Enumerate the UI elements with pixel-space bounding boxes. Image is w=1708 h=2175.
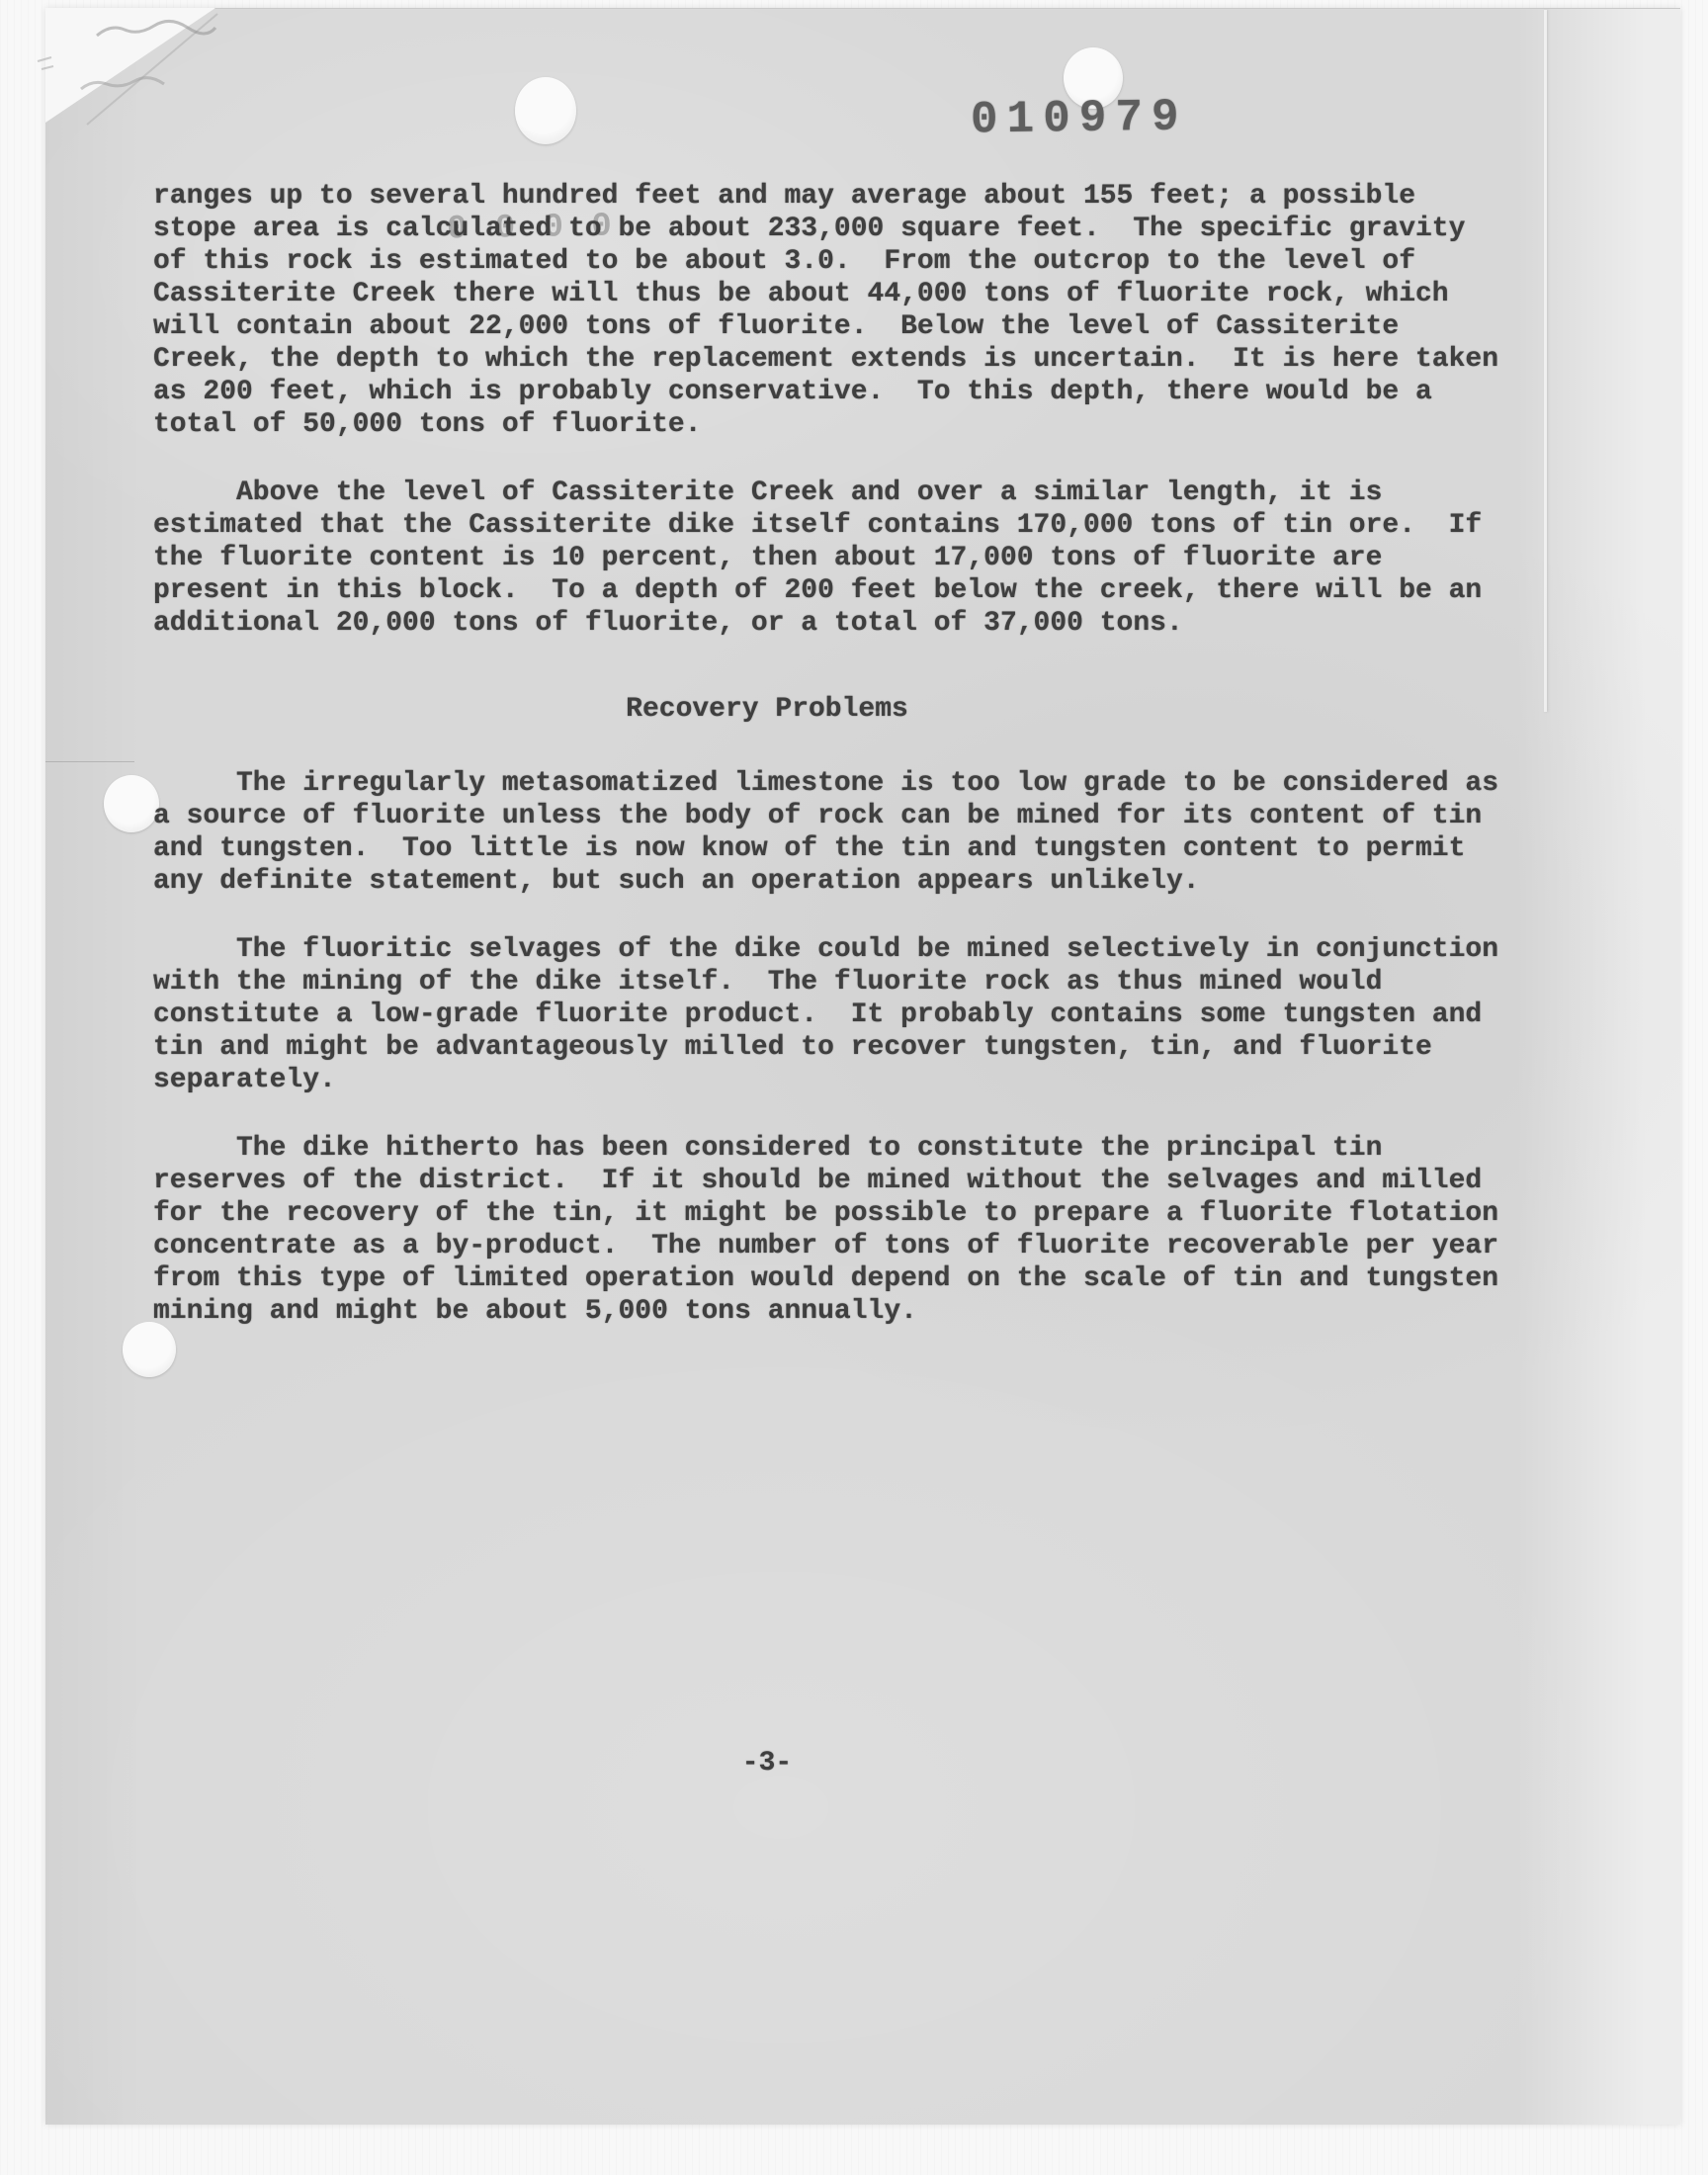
page-number: -3- (94, 1748, 1440, 1779)
paragraph-continuation: ranges up to several hundred feet and ma… (153, 180, 1499, 441)
punch-hole-left-middle (104, 775, 159, 832)
pencil-scribbles (20, 0, 336, 198)
paragraph: The irregularly metasomatized limestone … (153, 767, 1499, 898)
paragraph: The fluoritic selvages of the dike could… (153, 933, 1499, 1096)
paper-crease-vertical (1544, 10, 1547, 712)
paragraph: Above the level of Cassiterite Creek and… (153, 477, 1499, 640)
paragraph: The dike hitherto has been considered to… (153, 1132, 1499, 1328)
scanned-document: 010979 0 0 0 0 ranges up to several hund… (0, 0, 1708, 2175)
serial-number-stamp: 010979 (971, 91, 1188, 145)
punch-hole-top-left (515, 77, 576, 144)
section-heading: Recovery Problems (94, 693, 1440, 726)
paper-crease-horizontal (45, 761, 134, 762)
typed-text-block: ranges up to several hundred feet and ma… (153, 180, 1499, 1363)
